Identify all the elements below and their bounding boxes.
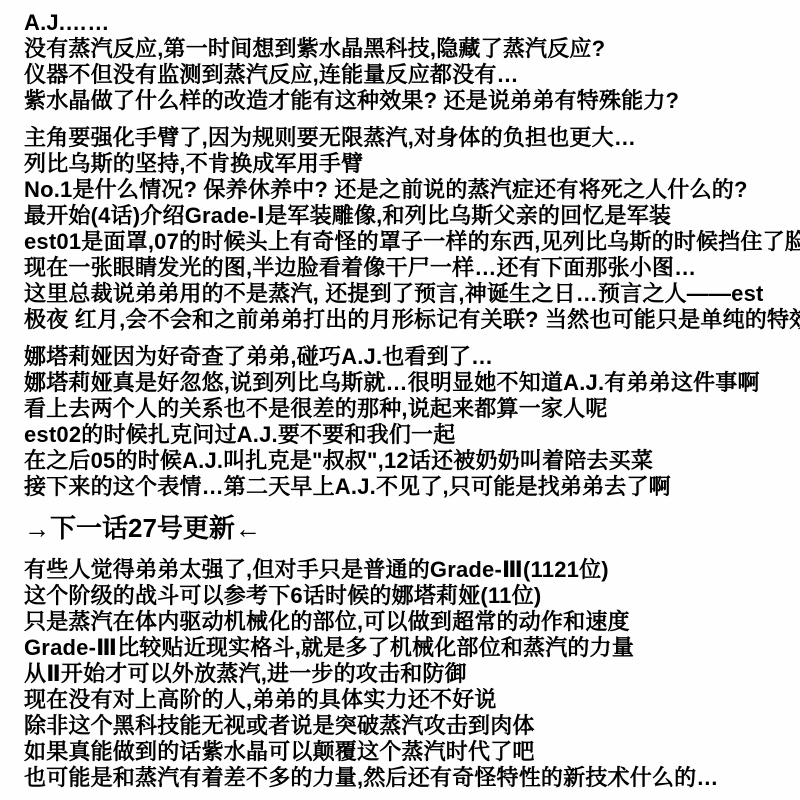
text-line: 有些人觉得弟弟太强了,但对手只是普通的Grade-Ⅲ(1121位): [24, 557, 792, 583]
left-arrow-icon: ←: [235, 509, 261, 546]
text-line: 主角要强化手臂了,因为规则要无限蒸汽,对身体的负担也更大…: [24, 125, 792, 151]
text-line: 现在没有对上高阶的人,弟弟的具体实力还不好说: [24, 687, 792, 713]
paragraph-plot-notes: 主角要强化手臂了,因为规则要无限蒸汽,对身体的负担也更大… 列比乌斯的坚持,不肯…: [24, 125, 792, 333]
text-line: 也可能是和蒸汽有着差不多的力量,然后还有奇怪特性的新技术什么的…: [24, 765, 792, 791]
text-line: 列比乌斯的坚持,不肯换成军用手臂: [24, 151, 792, 177]
paragraph-power-analysis: 有些人觉得弟弟太强了,但对手只是普通的Grade-Ⅲ(1121位) 这个阶级的战…: [24, 557, 792, 791]
text-line: 极夜 红月,会不会和之前弟弟打出的月形标记有关联? 当然也可能只是单纯的特效: [24, 307, 792, 333]
text-line: 现在一张眼睛发光的图,半边脸看着像干尸一样…还有下面那张小图…: [24, 255, 792, 281]
text-line: 接下来的这个表情…第二天早上A.J.不见了,只可能是找弟弟去了啊: [24, 474, 792, 500]
text-line: 在之后05的时候A.J.叫扎克是"叔叔",12话还被奶奶叫着陪去买菜: [24, 448, 792, 474]
text-line: 除非这个黑科技能无视或者说是突破蒸汽攻击到肉体: [24, 713, 792, 739]
text-line: 最开始(4话)介绍Grade-Ⅰ是军装雕像,和列比乌斯父亲的回忆是军装: [24, 203, 792, 229]
text-line: est02的时候扎克问过A.J.要不要和我们一起: [24, 422, 792, 448]
note-page: A.J.…… 没有蒸汽反应,第一时间想到紫水晶黑科技,隐藏了蒸汽反应? 仪器不但…: [0, 0, 800, 800]
text-line: 没有蒸汽反应,第一时间想到紫水晶黑科技,隐藏了蒸汽反应?: [24, 36, 792, 62]
right-arrow-icon: →: [24, 509, 50, 546]
text-line: 这个阶级的战斗可以参考下6话时候的娜塔莉娅(11位): [24, 583, 792, 609]
update-notice: →下一话27号更新←: [24, 511, 792, 545]
text-line: 如果真能做到的话紫水晶可以颠覆这个蒸汽时代了吧: [24, 739, 792, 765]
update-notice-text: 下一话27号更新: [50, 513, 235, 543]
paragraph-character-notes: 娜塔莉娅因为好奇查了弟弟,碰巧A.J.也看到了… 娜塔莉娅真是好忽悠,说到列比乌…: [24, 344, 792, 500]
text-line: A.J.……: [24, 10, 792, 36]
text-line: 娜塔莉娅因为好奇查了弟弟,碰巧A.J.也看到了…: [24, 344, 792, 370]
text-line: 看上去两个人的关系也不是很差的那种,说起来都算一家人呢: [24, 396, 792, 422]
text-line: est01是面罩,07的时候头上有奇怪的罩子一样的东西,见列比乌斯的时候挡住了脸: [24, 229, 792, 255]
text-line: 这里总裁说弟弟用的不是蒸汽, 还提到了预言,神诞生之日…预言之人——est: [24, 281, 792, 307]
text-line: 娜塔莉娅真是好忽悠,说到列比乌斯就…很明显她不知道A.J.有弟弟这件事啊: [24, 370, 792, 396]
text-line: 从Ⅱ开始才可以外放蒸汽,进一步的攻击和防御: [24, 661, 792, 687]
paragraph-reaction: A.J.…… 没有蒸汽反应,第一时间想到紫水晶黑科技,隐藏了蒸汽反应? 仪器不但…: [24, 10, 792, 114]
text-line: 只是蒸汽在体内驱动机械化的部位,可以做到超常的动作和速度: [24, 609, 792, 635]
text-line: Grade-Ⅲ比较贴近现实格斗,就是多了机械化部位和蒸汽的力量: [24, 635, 792, 661]
text-line: 仪器不但没有监测到蒸汽反应,连能量反应都没有…: [24, 62, 792, 88]
text-line: No.1是什么情况? 保养休养中? 还是之前说的蒸汽症还有将死之人什么的?: [24, 177, 792, 203]
text-line: 紫水晶做了什么样的改造才能有这种效果? 还是说弟弟有特殊能力?: [24, 88, 792, 114]
